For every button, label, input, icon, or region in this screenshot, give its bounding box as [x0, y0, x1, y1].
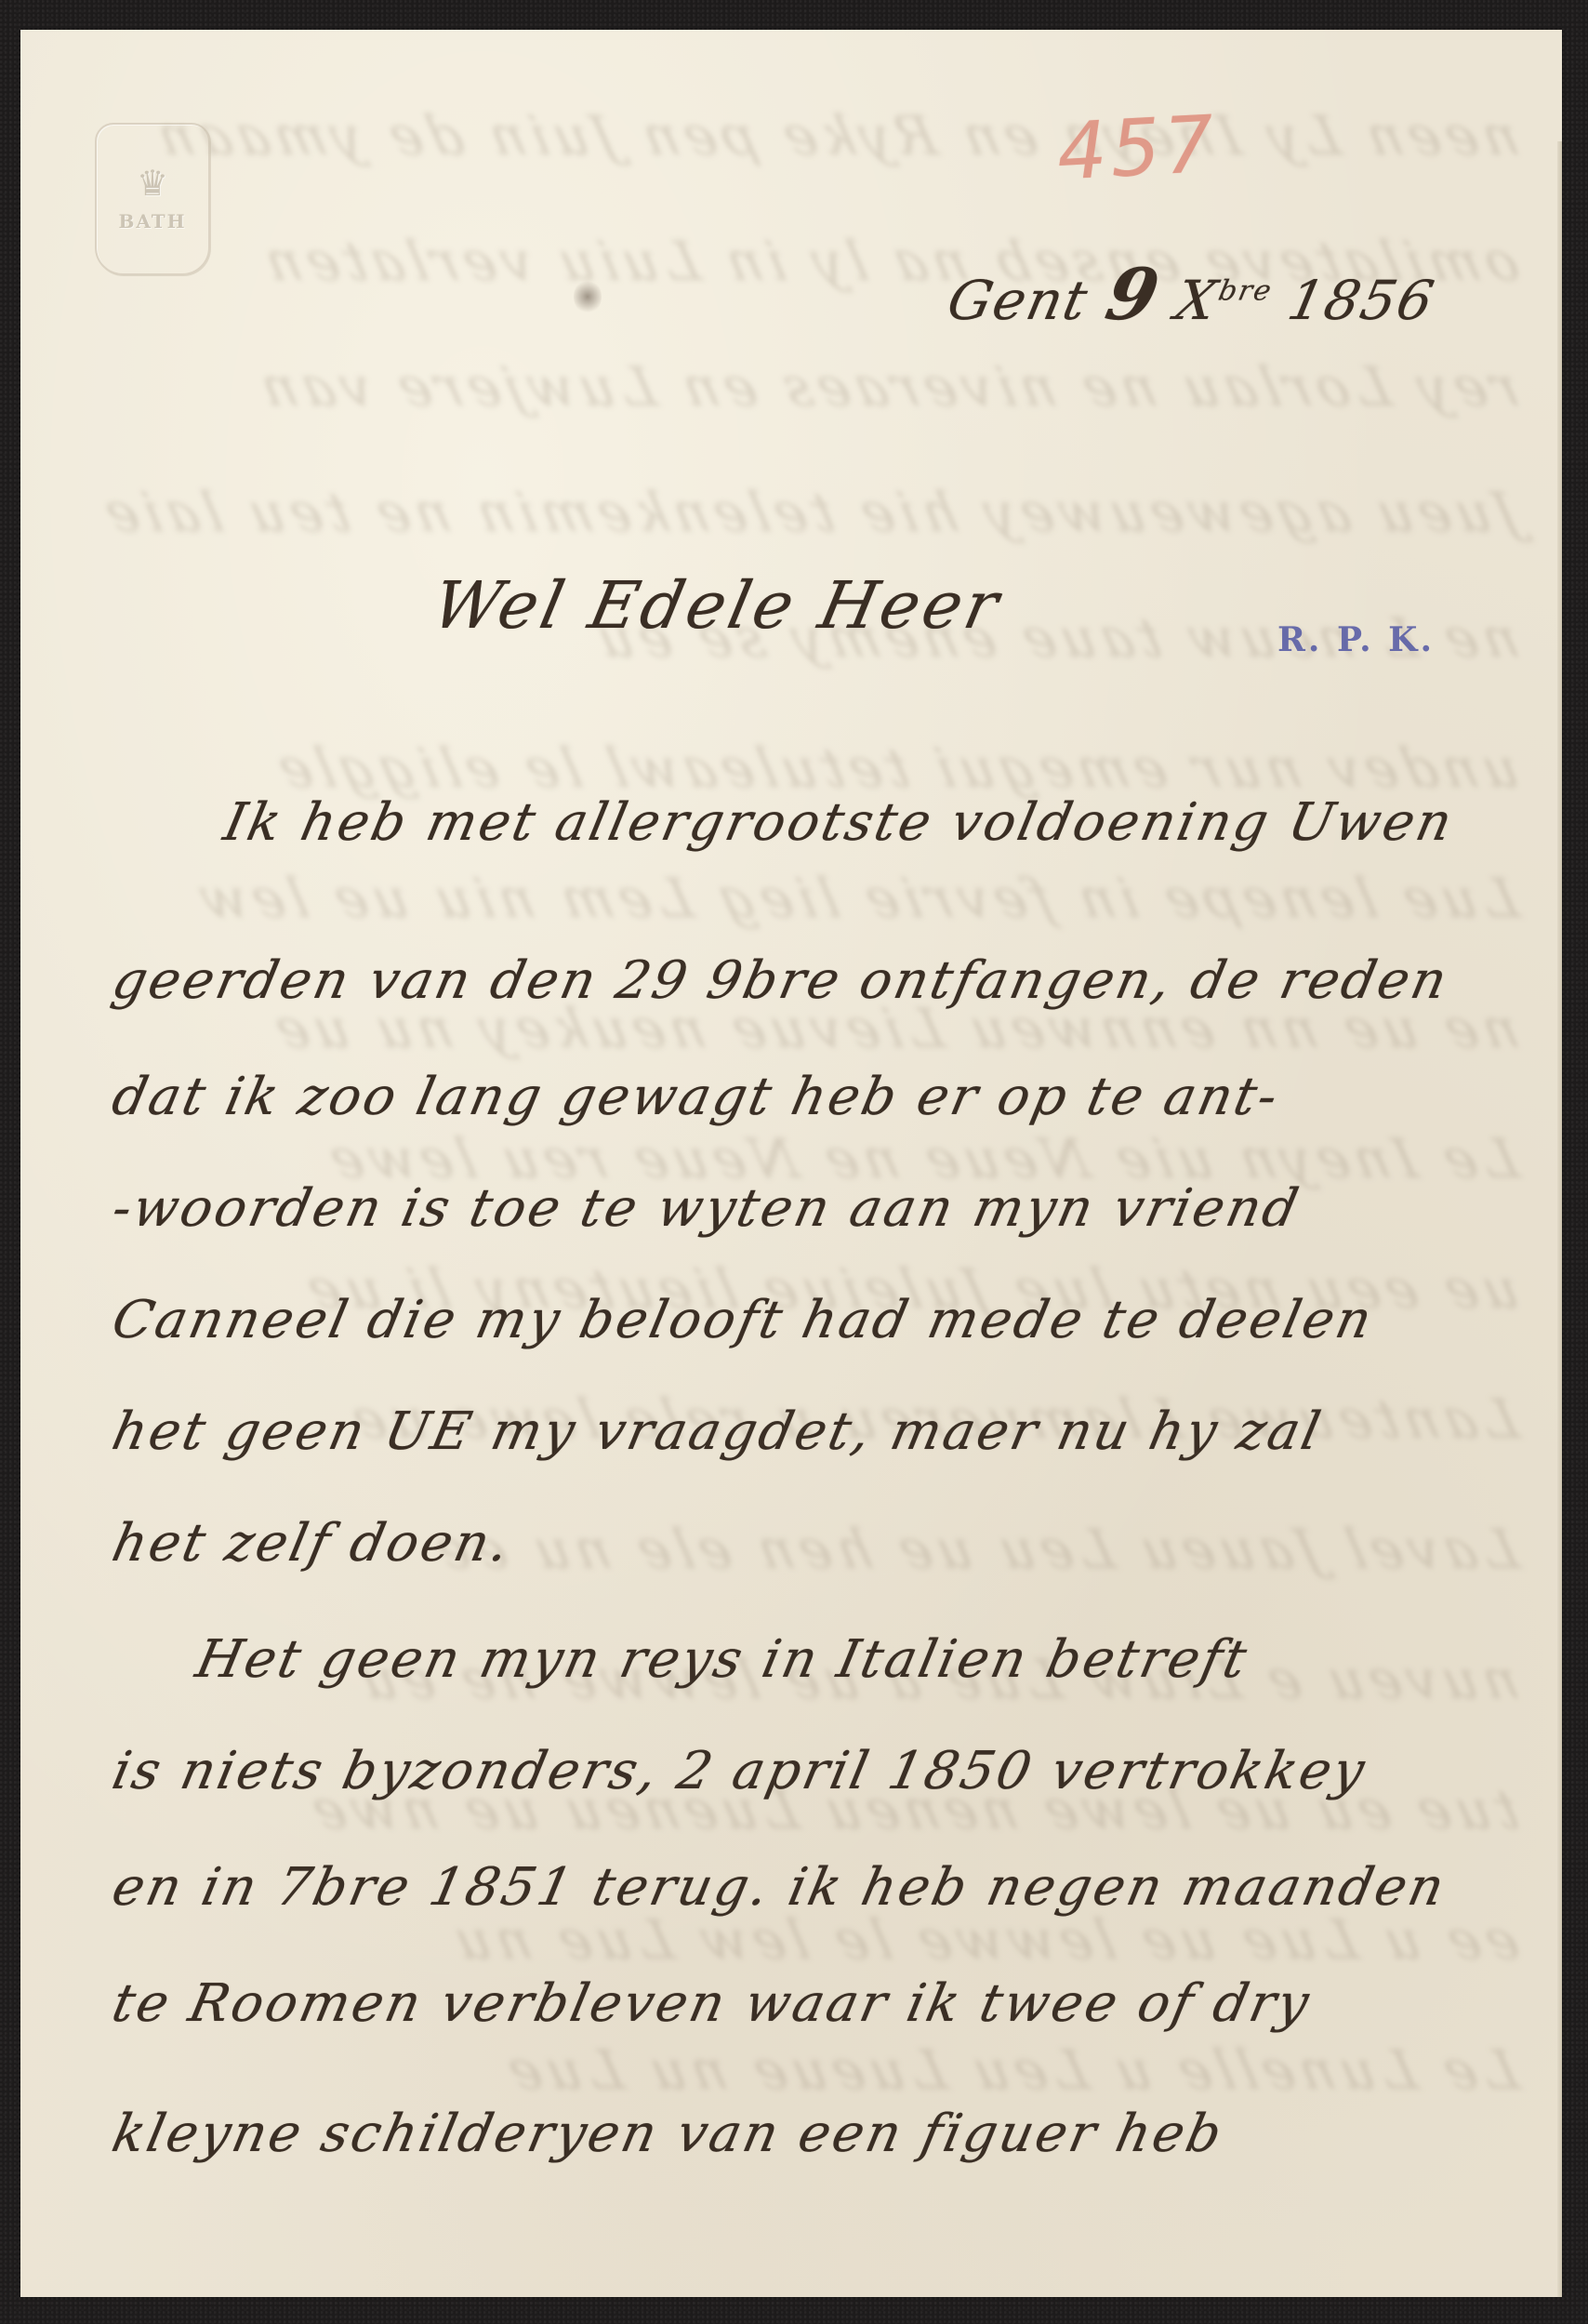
- bleed-through-line: neen Ly Ineyn en Ryke pen Juin de ymaan: [69, 104, 1526, 167]
- bleed-through-line: Le Lunelle u Leu Lueue nu Lue: [69, 2038, 1526, 2102]
- letter-line: geerden van den 29 9bre ontfangen, de re…: [107, 950, 1454, 1011]
- bleed-through-line: Jueu ageweuwey hie telenkemin ne teu lai…: [69, 481, 1526, 544]
- ink-blot: [574, 279, 602, 314]
- crown-icon: ♛: [137, 166, 168, 201]
- letter-line: het geen UE my vraagdet, maer nu hy zal: [107, 1401, 1328, 1462]
- bleed-through-line: undev nur emegui tetuleawl le eliggle: [69, 737, 1526, 800]
- archive-number: 457: [1055, 99, 1220, 198]
- letter-line: -woorden is toe te wyten aan myn vriend: [107, 1178, 1305, 1239]
- letter-line: Het geen myn reys in Italien betreft: [191, 1629, 1254, 1690]
- letter-line: Ik heb met allergrootste voldoening Uwen: [218, 792, 1460, 853]
- paper-edge: [1557, 141, 1562, 2297]
- rpk-stamp: R. P. K.: [1277, 620, 1435, 659]
- bleed-through-line: ee u Lue ue lewwe le lew Lue nu: [69, 1908, 1526, 1972]
- dateline-year: 1856: [1283, 269, 1441, 332]
- letter-line: te Roomen verbleven waar ik twee of dry: [107, 1973, 1317, 2034]
- letter-line: Canneel die my belooft had mede te deele…: [107, 1290, 1380, 1350]
- letter-line: dat ik zoo lang gewagt heb er op te ant-: [107, 1067, 1285, 1127]
- dateline-day: 9: [1099, 253, 1168, 336]
- salutation: Wel Edele Heer: [426, 567, 1008, 644]
- letter-line: is niets byzonders, 2 april 1850 vertrok…: [107, 1741, 1372, 1801]
- dateline-month-suffix: bre: [1215, 275, 1276, 308]
- dateline-place: Gent: [942, 269, 1094, 332]
- emboss-text: BATH: [118, 210, 186, 232]
- letter-line: het zelf doen.: [107, 1513, 517, 1574]
- bleed-through-line: rey Lorlau ne niveraes en Luwjere van: [69, 355, 1526, 418]
- embossed-bath-stamp: ♛ BATH: [95, 123, 210, 275]
- dateline: Gent 9 Xbre 1856: [942, 253, 1445, 336]
- letter-line: en in 7bre 1851 terug. ik heb negen maan…: [107, 1857, 1452, 1918]
- letter-page: neen Ly Ineyn en Ryke pen Juin de ymaan …: [20, 30, 1562, 2297]
- letter-line: kleyne schilderyen van een figuer heb: [107, 2104, 1229, 2164]
- bleed-through-line: Lue lenepe in fevrie lieg Lem niu ue lew: [69, 867, 1526, 930]
- ink-bleed-through: neen Ly Ineyn en Ryke pen Juin de ymaan …: [20, 30, 1562, 2297]
